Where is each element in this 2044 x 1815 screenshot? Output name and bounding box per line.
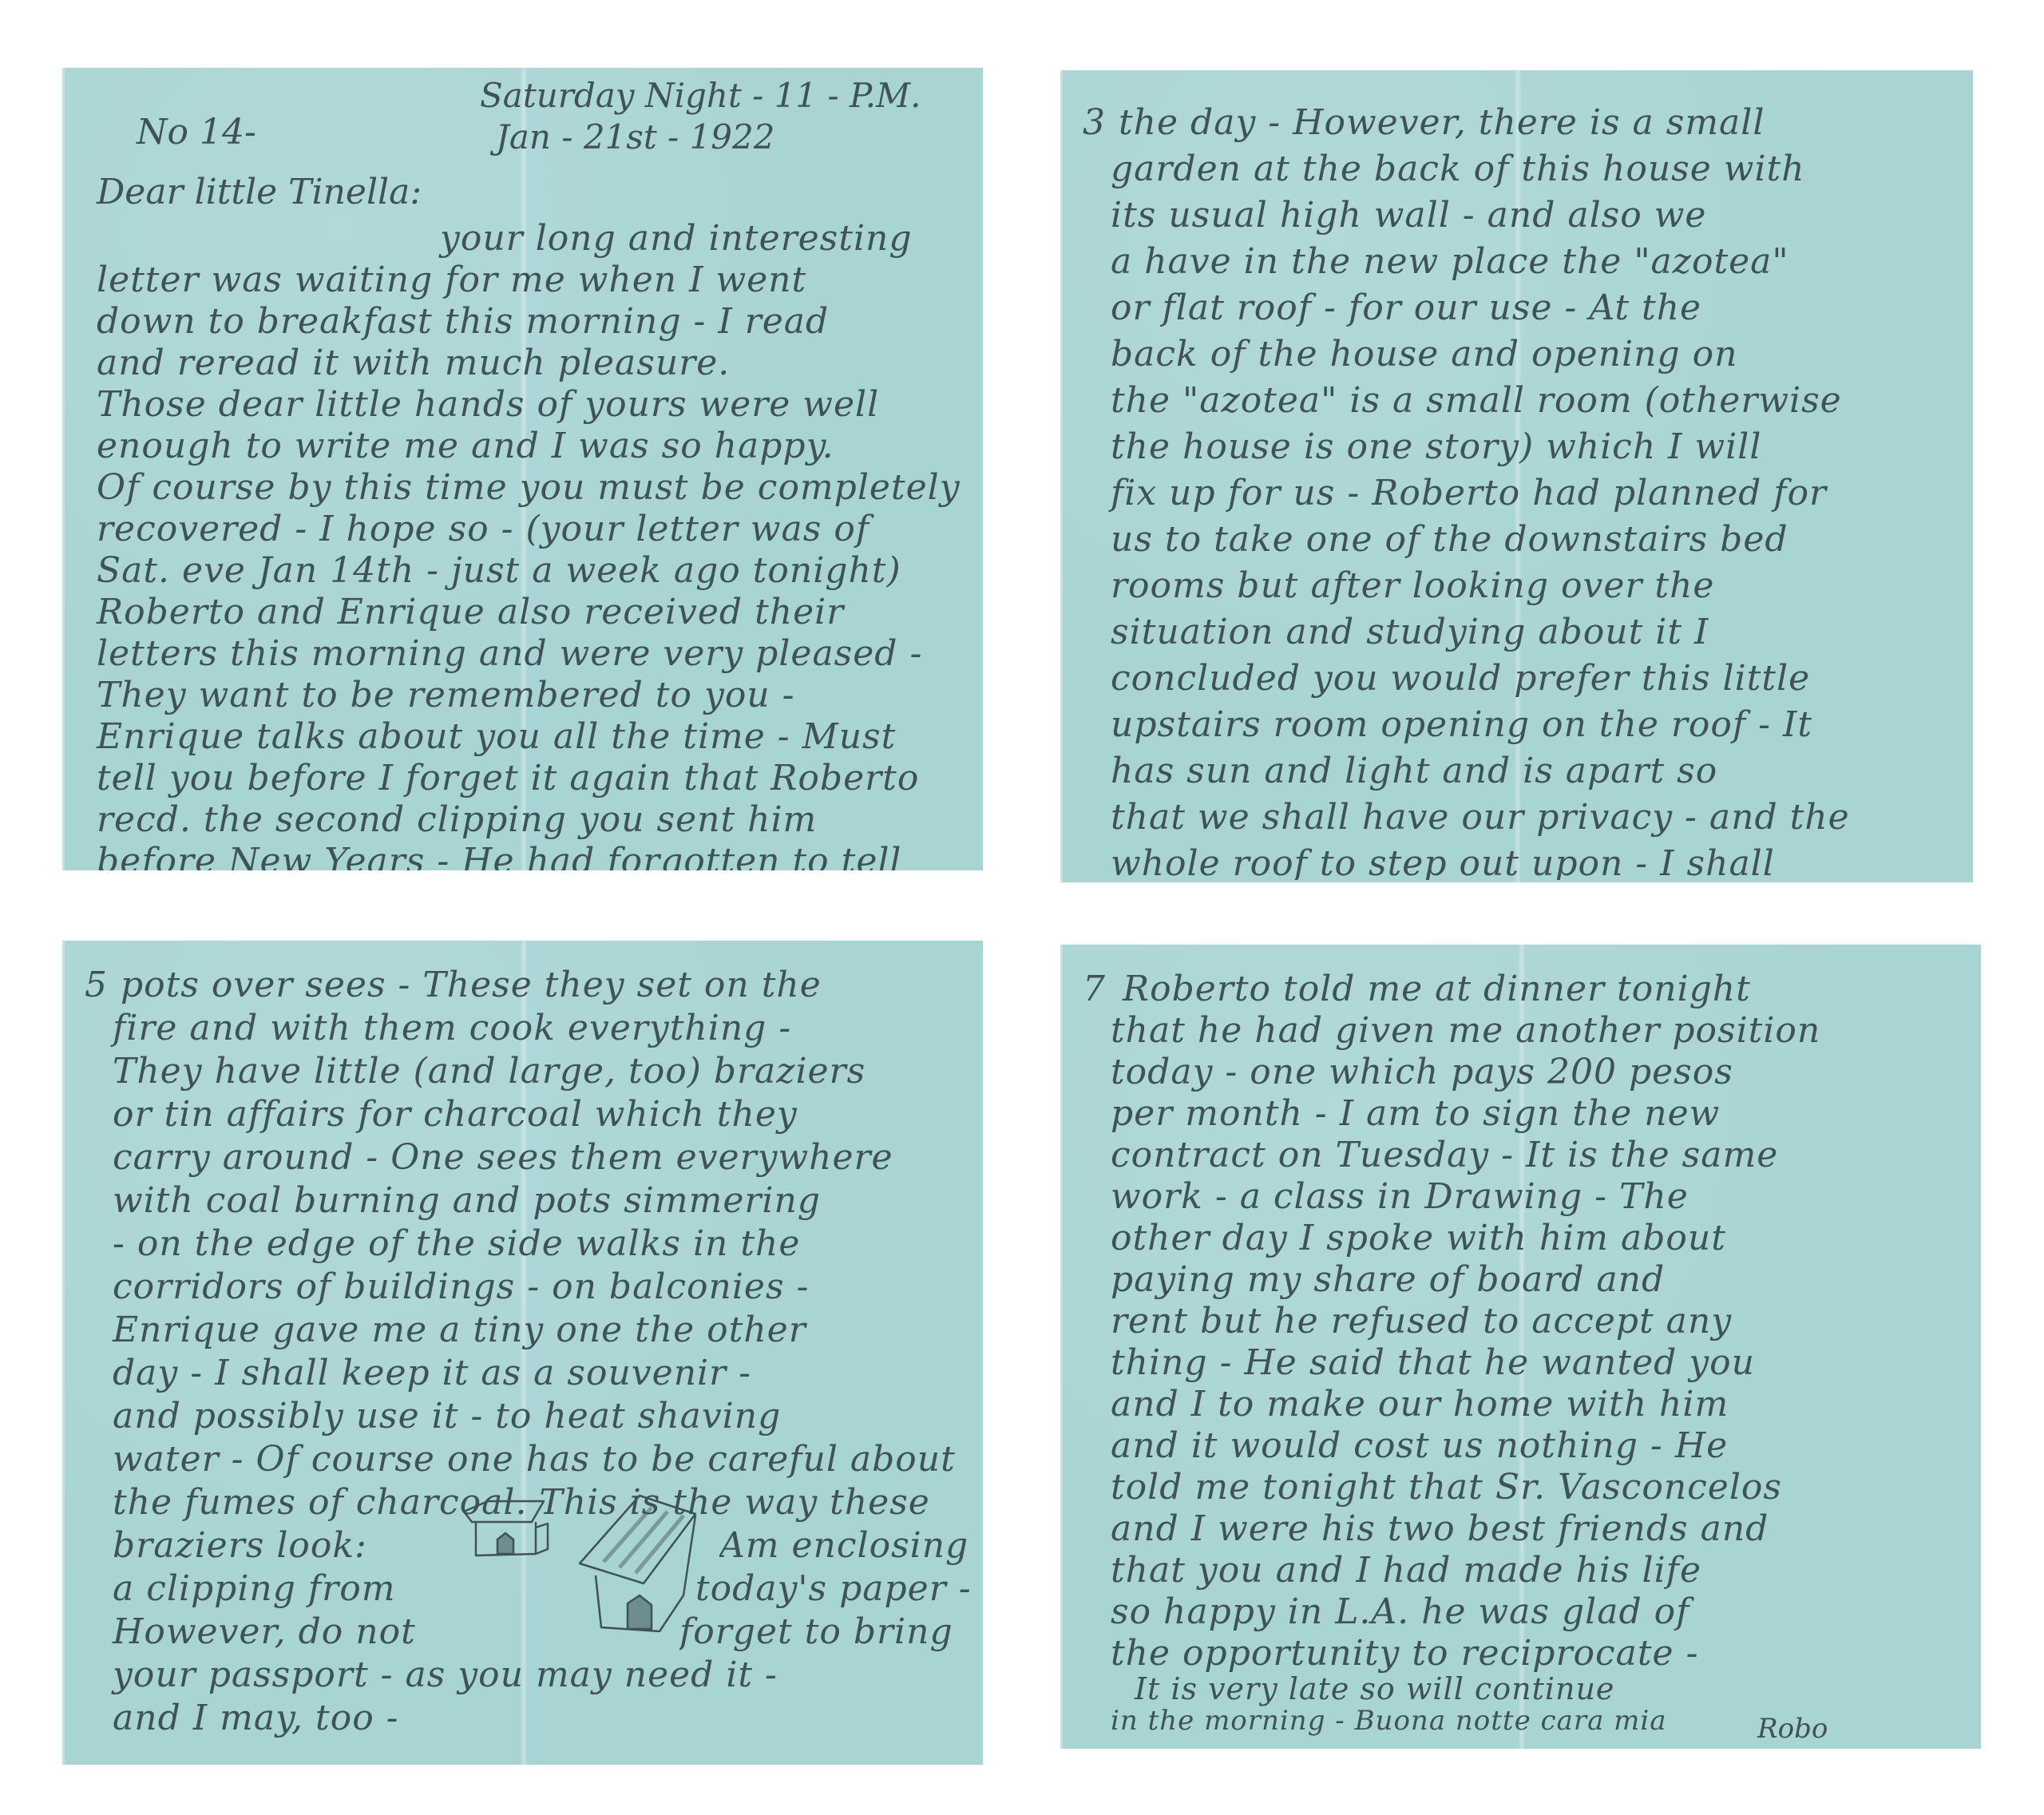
text-line: its usual high wall - and also we bbox=[1063, 195, 1973, 236]
text-line: enough to write me and I was so happy. bbox=[65, 426, 983, 466]
text-line: fire and with them cook everything - bbox=[65, 1008, 983, 1048]
text-line: your passport - as you may need it - bbox=[65, 1655, 983, 1695]
text-line: carry around - One sees them everywhere bbox=[65, 1137, 983, 1178]
text-line: water - Of course one has to be careful … bbox=[65, 1439, 983, 1480]
text-line: so happy in L.A. he was glad of bbox=[1063, 1591, 1981, 1632]
text-line: thing - He said that he wanted you bbox=[1063, 1342, 1981, 1383]
letter-page-5: 5 pots over sees - These they set on the… bbox=[62, 941, 983, 1765]
text-line: Those dear little hands of yours were we… bbox=[65, 384, 983, 425]
text-line: rooms but after looking over the bbox=[1063, 565, 1973, 606]
text-line: garden at the back of this house with bbox=[1063, 149, 1973, 189]
closing-line: in the morning - Buona notte cara mia bbox=[1063, 1705, 1981, 1737]
text-line: and I were his two best friends and bbox=[1063, 1508, 1981, 1549]
text-line: concluded you would prefer this little bbox=[1063, 658, 1973, 699]
text-line: day - I shall keep it as a souvenir - bbox=[65, 1353, 983, 1393]
text-line: situation and studying about it I bbox=[1063, 612, 1973, 652]
text-line: down to breakfast this morning - I read bbox=[65, 301, 983, 342]
text-line: tell you before I forget it again that R… bbox=[65, 758, 983, 799]
text-line: with coal burning and pots simmering bbox=[65, 1180, 983, 1221]
text-line: or flat roof - for our use - At the bbox=[1063, 287, 1973, 328]
text-line: and I to make our home with him bbox=[1063, 1384, 1981, 1425]
text-line: paying my share of board and bbox=[1063, 1259, 1981, 1300]
text-line: that we shall have our privacy - and the bbox=[1063, 797, 1973, 838]
text-line: contract on Tuesday - It is the same bbox=[1063, 1135, 1981, 1175]
text-line: that you and I had made his life bbox=[1063, 1550, 1981, 1591]
text-line: rent but he refused to accept any bbox=[1063, 1301, 1981, 1341]
text-line: pots over sees - These they set on the bbox=[65, 965, 983, 1005]
text-line: recovered - I hope so - (your letter was… bbox=[65, 509, 983, 549]
text-line: letter was waiting for me when I went bbox=[65, 260, 983, 300]
text-line: or tin affairs for charcoal which they bbox=[65, 1094, 983, 1135]
letter-number: No 14- bbox=[137, 112, 256, 153]
text-line: and I may, too - bbox=[65, 1698, 983, 1738]
text-line: today - one which pays 200 pesos bbox=[1063, 1052, 1981, 1092]
text-line: told me tonight that Sr. Vasconcelos bbox=[1063, 1467, 1981, 1508]
text-line: fix up for us - Roberto had planned for bbox=[1063, 473, 1973, 513]
text-line: your long and interesting bbox=[65, 218, 983, 259]
text-line: has sun and light and is apart so bbox=[1063, 751, 1973, 791]
text-line: the house is one story) which I will bbox=[1063, 426, 1973, 467]
text-line: - on the edge of the side walks in the bbox=[65, 1223, 983, 1264]
text-line: other day I spoke with him about bbox=[1063, 1218, 1981, 1258]
letter-page-7: 7 Roberto told me at dinner tonight that… bbox=[1060, 945, 1981, 1749]
text-line: Enrique gave me a tiny one the other bbox=[65, 1310, 983, 1350]
text-line: before New Years - He had forgotten to t… bbox=[65, 841, 983, 870]
dateline-time: Saturday Night - 11 - P.M. bbox=[480, 76, 921, 115]
text-line: They want to be remembered to you - bbox=[65, 675, 983, 715]
text-line: corridors of buildings - on balconies - bbox=[65, 1266, 983, 1307]
letter-page-3: 3 the day - However, there is a small ga… bbox=[1060, 70, 1973, 882]
text-line: per month - I am to sign the new bbox=[1063, 1093, 1981, 1134]
text-line: Roberto and Enrique also received their bbox=[65, 592, 983, 632]
letter-page-1: No 14- Saturday Night - 11 - P.M. Jan - … bbox=[62, 68, 983, 870]
text-line: Sat. eve Jan 14th - just a week ago toni… bbox=[65, 550, 983, 591]
text-line: today's paper - bbox=[695, 1568, 983, 1609]
text-line: Roberto told me at dinner tonight bbox=[1063, 969, 1981, 1009]
text-line: and reread it with much pleasure. bbox=[65, 343, 983, 383]
text-line: a have in the new place the "azotea" bbox=[1063, 241, 1973, 282]
text-line: us to take one of the downstairs bed bbox=[1063, 519, 1973, 560]
brazier-sketch-icon bbox=[456, 1492, 719, 1651]
text-line: that he had given me another position bbox=[1063, 1010, 1981, 1051]
salutation: Dear little Tinella: bbox=[97, 172, 422, 212]
text-line: upstairs room opening on the roof - It bbox=[1063, 704, 1973, 745]
text-line: braziers look: bbox=[65, 1525, 384, 1566]
text-line: work - a class in Drawing - The bbox=[1063, 1176, 1981, 1217]
text-line: recd. the second clipping you sent him bbox=[65, 799, 983, 840]
text-line: Enrique talks about you all the time - M… bbox=[65, 716, 983, 757]
text-line: the day - However, there is a small bbox=[1063, 102, 1973, 143]
text-line: the opportunity to reciprocate - bbox=[1063, 1633, 1981, 1674]
text-line: whole roof to step out upon - I shall bbox=[1063, 843, 1973, 880]
signature: Robo bbox=[1757, 1713, 1828, 1745]
text-line: forget to bring bbox=[679, 1611, 983, 1652]
text-line: a clipping from bbox=[65, 1568, 448, 1609]
text-line: back of the house and opening on bbox=[1063, 334, 1973, 374]
text-line: It is very late so will continue bbox=[1063, 1671, 1981, 1706]
dateline-date: Jan - 21st - 1922 bbox=[496, 117, 774, 157]
text-line: and it would cost us nothing - He bbox=[1063, 1425, 1981, 1466]
text-line: letters this morning and were very pleas… bbox=[65, 633, 983, 674]
text-line: Am enclosing bbox=[719, 1525, 983, 1566]
text-line: the "azotea" is a small room (otherwise bbox=[1063, 380, 1973, 421]
text-line: However, do not bbox=[65, 1611, 448, 1652]
text-line: Of course by this time you must be compl… bbox=[65, 467, 983, 508]
text-line: and possibly use it - to heat shaving bbox=[65, 1396, 983, 1437]
text-line: They have little (and large, too) brazie… bbox=[65, 1051, 983, 1092]
